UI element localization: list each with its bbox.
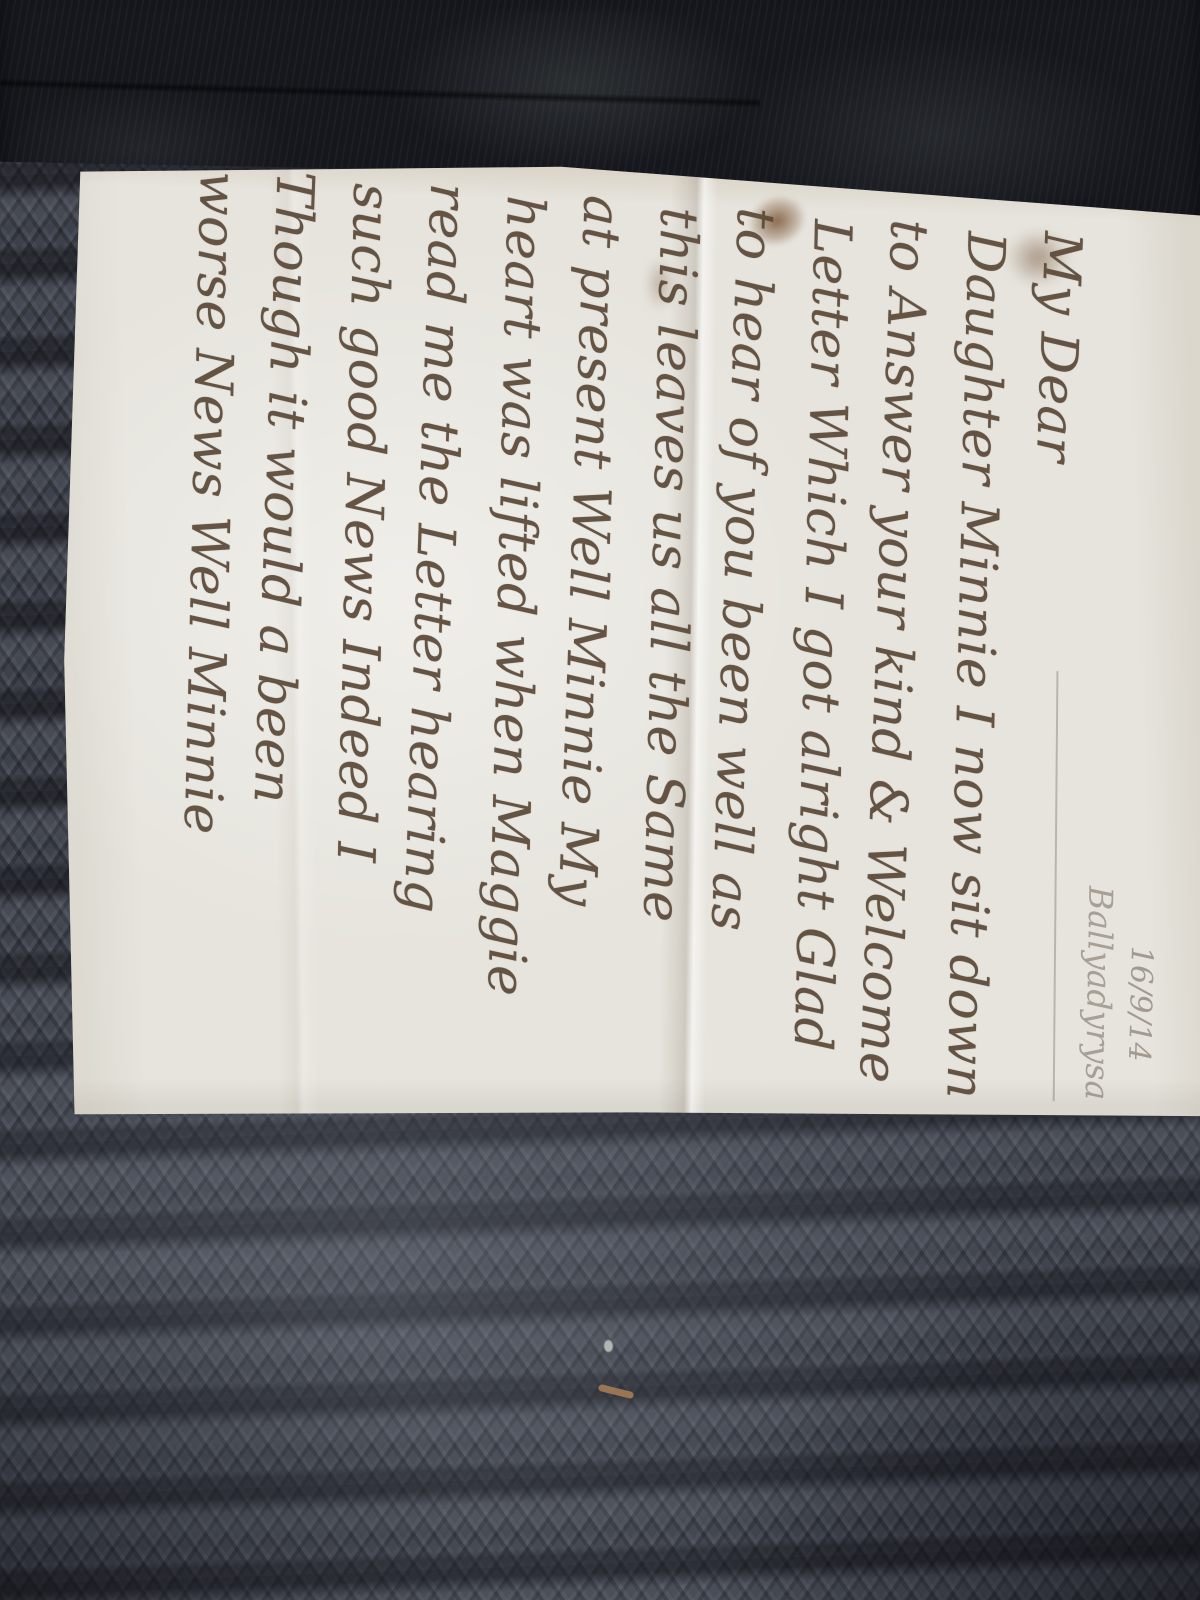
handwritten-letter-paper: 16/9/14 Ballyadyrysa My Dear Daughter Mi… [55,162,1200,1120]
handwritten-text: 16/9/14 Ballyadyrysa My Dear Daughter Mi… [54,150,1200,1132]
photo-scene: 16/9/14 Ballyadyrysa My Dear Daughter Mi… [0,0,1200,1600]
lint-speck [604,1340,613,1352]
